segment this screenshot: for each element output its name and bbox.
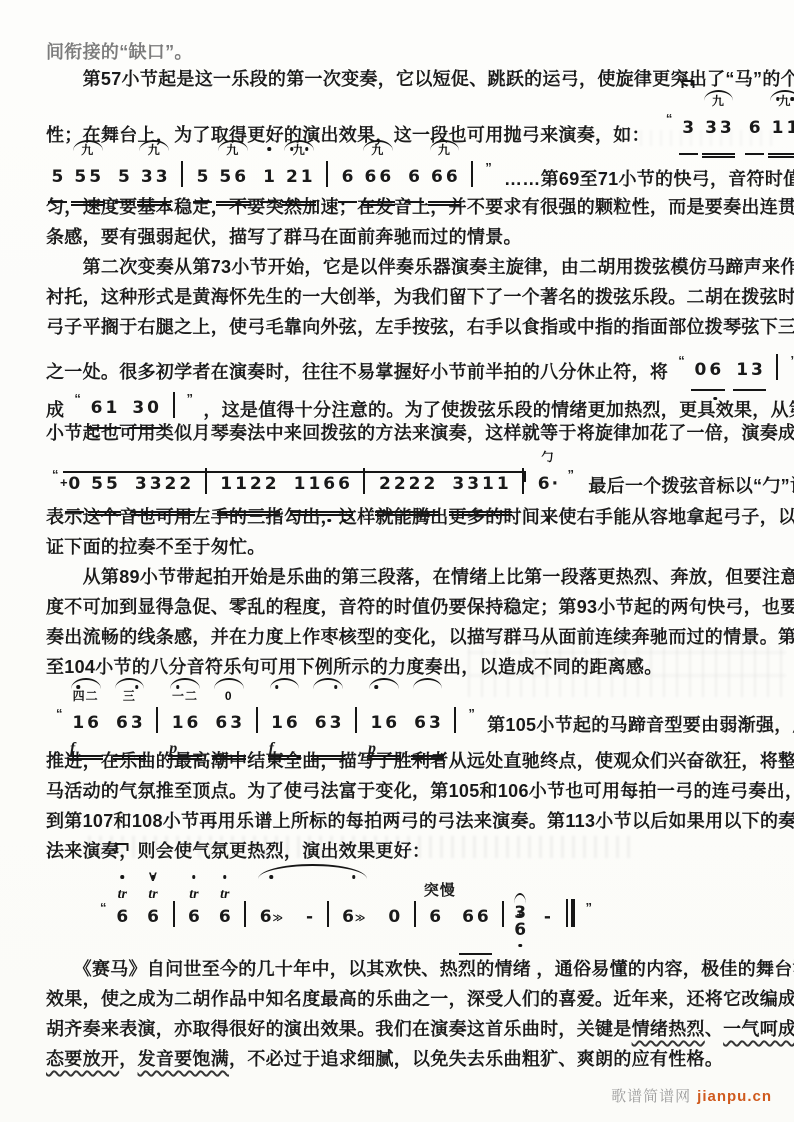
notation-line-n2: 5九555九335九561九216九666九66” bbox=[46, 144, 496, 203]
quote-mark: ” bbox=[790, 353, 794, 368]
down-bow-icon bbox=[116, 843, 129, 851]
paragraph-5: 《赛马》自问世至今的几十年中，以其欢快、热烈的情绪 ，通俗易懂的内容，极佳的舞台… bbox=[46, 954, 772, 1074]
note: 6 bbox=[461, 881, 476, 953]
note: 3 bbox=[704, 103, 719, 153]
note-group: 063 bbox=[212, 690, 246, 757]
note: 1 bbox=[299, 153, 314, 201]
note-group: 勹6· bbox=[534, 456, 561, 511]
note: 1 bbox=[234, 457, 249, 511]
text-run: 第105小节起的马蹄音型要由弱渐强，层层 bbox=[487, 715, 794, 735]
note: 2 bbox=[422, 457, 437, 511]
notation-line-n6: “四二f16三63一二p16063f1663p1663” bbox=[52, 682, 479, 757]
spacer bbox=[528, 921, 538, 922]
note: 2 bbox=[392, 457, 407, 511]
note: 6 bbox=[214, 691, 229, 755]
note: 3 bbox=[750, 351, 765, 389]
text-run: 条感，要有强弱起伏，描写了群马在面前奔驰而过的情景。 bbox=[46, 227, 522, 247]
note: 0 bbox=[146, 389, 161, 427]
note-group: 0 bbox=[385, 880, 404, 953]
text-line: 从第89小节带起拍开始是乐曲的第三段落，在情绪上比第一段落更热烈、奔放，但要注意… bbox=[46, 562, 772, 592]
scanned-page: 间衔接的“缺口”。 第57小节起是这一乐段的第一次变奏，它以短促、跳跃的运弓，使… bbox=[0, 0, 794, 1122]
note: 5 bbox=[105, 457, 120, 511]
text-run: 、 bbox=[705, 1019, 723, 1039]
note: 1 bbox=[170, 691, 185, 755]
text-line: 证下面的拉奏不至于匆忙。 bbox=[46, 532, 772, 562]
quote-mark: “ bbox=[100, 900, 107, 915]
note: 1 bbox=[735, 351, 750, 389]
paragraph-4: “四二f16三63一二p16063f1663p1663”第105小节起的马蹄音型… bbox=[46, 682, 772, 866]
note-group: 6 bbox=[338, 152, 357, 203]
note-group: 55 bbox=[88, 456, 122, 513]
text-run: 从第89小节带起拍开始是乐曲的第三段落，在情绪上比第一段落更热烈、奔放，但要注意… bbox=[46, 567, 794, 587]
tie-arc bbox=[258, 864, 367, 879]
text-line: “四二f16三63一二p16063f1663p1663”第105小节起的马蹄音型… bbox=[46, 682, 772, 746]
note: 1 bbox=[71, 691, 86, 755]
text-line: 至104小节的八分音符乐句可用下例所示的力度奏出，以造成不同的距离感。 bbox=[46, 652, 772, 682]
note: 2 bbox=[248, 457, 263, 511]
note: 6 bbox=[115, 881, 130, 953]
text-run: 《赛马》自问世至今的几十年中，以其欢快、热烈的情绪 ，通俗易懂的内容，极佳的舞台… bbox=[46, 959, 794, 979]
text-line: 弓子平搁于右腿之上，使弓毛靠向外弦，左手按弦，右手以食指或中指的指面部位拨琴弦下… bbox=[46, 312, 772, 342]
barline bbox=[776, 354, 778, 380]
note: 6 bbox=[322, 457, 337, 511]
note-group: 66 bbox=[459, 880, 493, 955]
note-group: 3322 bbox=[131, 456, 194, 513]
spacer bbox=[252, 181, 258, 182]
note-group: 63 bbox=[411, 690, 445, 757]
clipped-top-line: 间衔接的“缺口”。 bbox=[46, 40, 772, 64]
note-group: 1166 bbox=[290, 456, 353, 513]
note-group: 2222 bbox=[375, 456, 438, 513]
note: 6 bbox=[747, 103, 762, 153]
notation-line-n3: “0613” bbox=[674, 342, 794, 391]
ornament-mark: ≫ bbox=[273, 913, 283, 924]
note: 1 bbox=[292, 457, 307, 511]
note: 6 bbox=[217, 881, 232, 953]
down-bow-icon bbox=[682, 80, 695, 88]
quote-mark: ” bbox=[187, 391, 194, 406]
note: 0 bbox=[387, 881, 402, 953]
text-run: ……第69至71小节的快弓，音符时值要均 bbox=[504, 169, 794, 189]
notation-line-n1: “3九336九11 bbox=[662, 94, 794, 155]
note-group: tr6 bbox=[185, 880, 204, 953]
text-run: ，这是值得十分注意的。为了使拨弦乐段的情绪更加热烈，更具效果，从第85 bbox=[203, 400, 794, 420]
note: 6 bbox=[115, 691, 130, 755]
text-line: 马活动的气氛推至顶点。为了使弓法富于变化，第105和106小节也可用每拍一弓的连… bbox=[46, 776, 772, 806]
spacer bbox=[204, 727, 210, 728]
note: 6≫ bbox=[258, 881, 284, 955]
barline bbox=[244, 901, 246, 927]
note: - bbox=[542, 881, 552, 953]
note: 3 bbox=[328, 691, 343, 755]
barline bbox=[326, 161, 328, 187]
note: 3 bbox=[139, 153, 154, 201]
note: 5 bbox=[218, 153, 233, 201]
note: - bbox=[305, 881, 315, 953]
note-group: 63 bbox=[311, 690, 345, 757]
spacer bbox=[134, 921, 142, 922]
spacer bbox=[441, 488, 447, 489]
note-group: 6≫ bbox=[256, 880, 286, 955]
text-run: 胡齐奏来表演，亦取得很好的演出效果。我们在演奏这首乐曲时，关键是 bbox=[46, 1019, 632, 1039]
text-run: 衬托，这种形式是黄海怀先生的一大创举，为我们留下了一个著名的拨弦乐段。二胡在拨弦… bbox=[46, 287, 794, 307]
note-group: 3311 bbox=[449, 456, 512, 513]
note: 6 bbox=[413, 691, 428, 755]
text-run: 第二次变奏从第73小节开始，它是以伴奏乐器演奏主旋律，由二胡用拨弦模仿马蹄声来作 bbox=[46, 257, 794, 277]
spacer bbox=[123, 488, 129, 489]
watermark-url: jianpu.cn bbox=[697, 1088, 772, 1105]
note-group: 5 bbox=[193, 152, 212, 203]
note: 5 bbox=[73, 153, 88, 201]
text-run: 度不可加到显得急促、零乱的程度，音符的时值仍要保持稳定；第93小节起的两句快弓，… bbox=[46, 597, 794, 617]
text-line: 效果，使之成为二胡作品中知名度最高的乐曲之一，深受人们的喜爱。近年来，还将它改编… bbox=[46, 984, 772, 1014]
spacer bbox=[282, 488, 288, 489]
note: 3 bbox=[154, 153, 169, 201]
spacer bbox=[289, 921, 301, 922]
note-group: 九33 bbox=[702, 102, 736, 155]
text-run: 证下面的拉奏不至于匆忙。 bbox=[46, 537, 266, 557]
note: 6 bbox=[708, 351, 723, 389]
note: 6 bbox=[233, 153, 248, 201]
note-group: 1122 bbox=[217, 456, 280, 513]
note-group: 5 bbox=[115, 152, 134, 203]
notation-line-n7: “tr6trV6tr6tr66≫-6≫0突慢666+36-” bbox=[96, 872, 596, 955]
paragraph-3: 从第89小节带起拍开始是乐曲的第三段落，在情绪上比第一段落更热烈、奔放，但要注意… bbox=[46, 562, 772, 682]
final-barline bbox=[566, 899, 575, 927]
barline bbox=[173, 392, 175, 418]
emphasized-text: 发音要饱满 bbox=[138, 1049, 230, 1069]
note: 3 bbox=[133, 457, 148, 511]
note: 5 bbox=[117, 153, 132, 201]
note: 2 bbox=[377, 457, 392, 511]
augmentation-dot: · bbox=[552, 474, 558, 494]
note-group: 九66 bbox=[361, 152, 395, 203]
note: 3 bbox=[681, 103, 696, 153]
note: 3 bbox=[131, 389, 146, 427]
emphasized-text: 态要放开 bbox=[46, 1049, 119, 1069]
emphasized-text: 一气呵成 bbox=[723, 1019, 794, 1039]
notation-example-final: “tr6trV6tr6tr66≫-6≫0突慢666+36-” bbox=[46, 872, 772, 944]
note: 3 bbox=[451, 457, 466, 511]
note: 6 bbox=[337, 457, 352, 511]
note-group: 61 bbox=[87, 388, 121, 429]
note-group: 一二p16 bbox=[168, 690, 202, 757]
quote-mark: “ bbox=[56, 706, 63, 721]
note-group: 6 bbox=[405, 152, 424, 203]
note: 6 bbox=[185, 691, 200, 755]
note: 3 bbox=[718, 103, 733, 153]
text-line: 条感，要有强弱起伏，描写了群马在面前奔驰而过的情景。 bbox=[46, 222, 772, 252]
note-group: 13 bbox=[733, 350, 767, 391]
note: 1 bbox=[481, 457, 496, 511]
spacer bbox=[403, 727, 409, 728]
text-run: 马活动的气氛推至顶点。为了使弓法富于变化，第105和106小节也可用每拍一弓的连… bbox=[46, 781, 794, 801]
note: 1 bbox=[270, 691, 285, 755]
note: 0 bbox=[67, 457, 82, 511]
note-group: 九21 bbox=[282, 152, 316, 203]
note: 6 bbox=[428, 881, 443, 953]
text-line: 衬托，这种形式是黄海怀先生的一大创举，为我们留下了一个著名的拨弦乐段。二胡在拨弦… bbox=[46, 282, 772, 312]
notation-line-n5: “05533221122116622223311勹6·” bbox=[48, 448, 578, 513]
barline bbox=[156, 707, 158, 733]
spacer bbox=[105, 727, 111, 728]
spacer bbox=[737, 132, 743, 133]
text-run: 效果，使之成为二胡作品中知名度最高的乐曲之一，深受人们的喜爱。近年来，还将它改编… bbox=[46, 989, 794, 1009]
spacer bbox=[727, 374, 731, 375]
note: 6 bbox=[313, 691, 328, 755]
spacer bbox=[107, 181, 113, 182]
note: 6 bbox=[475, 881, 490, 953]
spacer bbox=[123, 412, 127, 413]
text-line: 《赛马》自问世至今的几十年中，以其欢快、热烈的情绪 ，通俗易懂的内容，极佳的舞台… bbox=[46, 954, 772, 984]
watermark: 歌谱简谱网jianpu.cn bbox=[611, 1085, 772, 1106]
text-run: 奏出流畅的线条感，并在力度上作枣核型的变化，以描写群马从面前连续奔驰而过的情景。… bbox=[46, 627, 794, 647]
note-group: 九55 bbox=[71, 152, 105, 203]
note: 1 bbox=[104, 389, 119, 427]
text-run: 最后一个拨弦音标以“勹”记号， bbox=[588, 476, 794, 496]
note: 2 bbox=[407, 457, 422, 511]
note-group: 6 bbox=[745, 102, 764, 155]
note-group: 突慢6 bbox=[426, 880, 445, 953]
text-line: 成“6130”，这是值得十分注意的。为了使拨弦乐段的情绪更加热烈，更具效果，从第… bbox=[46, 380, 772, 418]
note: 6 bbox=[363, 153, 378, 201]
note: 6 bbox=[146, 881, 161, 953]
text-run: 成 bbox=[46, 400, 64, 420]
spacer bbox=[556, 921, 560, 922]
note: 3 bbox=[148, 457, 163, 511]
note-group: 三63 bbox=[113, 690, 147, 757]
note-group: tr6 bbox=[113, 880, 132, 953]
note-group: p16 bbox=[367, 690, 401, 757]
note-group: 九11 bbox=[768, 102, 794, 155]
note-group: 九56 bbox=[216, 152, 250, 203]
note: 6 bbox=[284, 691, 299, 755]
note: 6 bbox=[378, 153, 393, 201]
quote-mark: “ bbox=[678, 353, 685, 368]
barline bbox=[256, 707, 258, 733]
note: 1 bbox=[219, 457, 234, 511]
notation-line-n4: “6130” bbox=[70, 380, 197, 429]
note-group: 九66 bbox=[428, 152, 462, 203]
text-run: 弓子平搁于右腿之上，使弓毛靠向外弦，左手按弦，右手以食指或中指的指面部位拨琴弦下… bbox=[46, 317, 794, 337]
barline bbox=[355, 707, 357, 733]
text-line: 态要放开，发音要饱满，不必过于追求细腻，以免失去乐曲粗犷、爽朗的应有性格。 bbox=[46, 1044, 772, 1074]
note-group: 3 bbox=[679, 102, 698, 155]
text-run: ， bbox=[119, 1049, 137, 1069]
spacer bbox=[303, 727, 309, 728]
quote-mark: ” bbox=[468, 706, 475, 721]
note: 2 bbox=[163, 457, 178, 511]
barline bbox=[327, 901, 329, 927]
note: 6· bbox=[536, 457, 559, 511]
note: 1 bbox=[307, 457, 322, 511]
note-group: 06 bbox=[691, 350, 725, 391]
barline bbox=[181, 161, 183, 187]
barline bbox=[454, 707, 456, 733]
text-line: “05533221122116622223311勹6·”最后一个拨弦音标以“勹”… bbox=[46, 448, 772, 502]
note: 3 bbox=[129, 691, 144, 755]
note: 2 bbox=[263, 457, 278, 511]
note: 5 bbox=[90, 457, 105, 511]
ornament-mark: ≫ bbox=[355, 913, 365, 924]
note: 6 bbox=[340, 153, 355, 201]
note: 5 bbox=[88, 153, 103, 201]
quote-mark: ” bbox=[585, 900, 592, 915]
note: 3 bbox=[466, 457, 481, 511]
quote-mark: “ bbox=[52, 467, 59, 482]
barline bbox=[502, 901, 504, 927]
note: 1 bbox=[262, 153, 277, 201]
note-group: tr6 bbox=[215, 880, 234, 953]
note: 3 bbox=[229, 691, 244, 755]
note: 6 bbox=[384, 691, 399, 755]
paragraph-2: 第二次变奏从第73小节开始，它是以伴奏乐器演奏主旋律，由二胡用拨弦模仿马蹄声来作… bbox=[46, 252, 772, 562]
note: 6 bbox=[514, 922, 526, 939]
text-run: 到第107和108小节再用乐谱上所标的每拍两弓的弓法来演奏。第113小节以后如果… bbox=[46, 811, 794, 831]
quote-mark: “ bbox=[666, 111, 673, 126]
note: 1 bbox=[495, 457, 510, 511]
note-group: 九33 bbox=[137, 152, 171, 203]
quote-mark: “ bbox=[74, 391, 81, 406]
text-line: 第57小节起是这一乐段的第一次变奏，它以短促、跳跃的运弓，使旋律更突出了“马”的… bbox=[46, 64, 772, 94]
text-run: 之一处。很多初学者在演奏时，往往不易掌握好小节前半拍的八分休止符，将 bbox=[46, 362, 668, 382]
note: 6 bbox=[89, 389, 104, 427]
text-line: 胡齐奏来表演，亦取得很好的演出效果。我们在演奏这首乐曲时，关键是情绪热烈、一气呵… bbox=[46, 1014, 772, 1044]
note: 6≫ bbox=[341, 881, 367, 955]
note: 5 bbox=[50, 153, 65, 201]
note: 2 bbox=[284, 153, 299, 201]
text-line: 之一处。很多初学者在演奏时，往往不易掌握好小节前半拍的八分休止符，将“0613”… bbox=[46, 342, 772, 380]
note-group: - bbox=[303, 880, 317, 953]
note-group: 6≫ bbox=[339, 880, 369, 955]
emphasized-text: 情绪热烈 bbox=[632, 1019, 705, 1039]
note: 5 bbox=[195, 153, 210, 201]
note-chord: +36 bbox=[512, 905, 528, 939]
text-line: 第二次变奏从第73小节开始，它是以伴奏乐器演奏主旋律，由二胡用拨弦模仿马蹄声来作 bbox=[46, 252, 772, 282]
note-group: 四二f16 bbox=[69, 690, 103, 757]
barline bbox=[471, 161, 473, 187]
watermark-site: 歌谱简谱网 bbox=[611, 1088, 691, 1105]
text-line: “tr6trV6tr6tr66≫-6≫0突慢666+36-” bbox=[46, 872, 772, 944]
note: 1 bbox=[369, 691, 384, 755]
note: 1 bbox=[785, 103, 794, 153]
spacer bbox=[371, 921, 383, 922]
note-group: trV6 bbox=[144, 880, 163, 953]
note: 6 bbox=[407, 153, 422, 201]
pizzicato-overline bbox=[63, 471, 526, 482]
note: 1 bbox=[770, 103, 785, 153]
paragraph-1: 第57小节起是这一乐段的第一次变奏，它以短促、跳跃的运弓，使旋律更突出了“马”的… bbox=[46, 64, 772, 252]
quote-mark: ” bbox=[568, 467, 575, 482]
text-line: 到第107和108小节再用乐谱上所标的每拍两弓的弓法来演奏。第113小节以后如果… bbox=[46, 806, 772, 836]
note: 0 bbox=[693, 351, 708, 389]
text-run: 法来演奏，则会使气氛更热烈，演出效果更好： bbox=[46, 841, 430, 861]
quote-mark: ” bbox=[485, 160, 492, 175]
note: 6 bbox=[86, 691, 101, 755]
note-group: 1 bbox=[260, 152, 279, 203]
spacer bbox=[397, 181, 403, 182]
note-group: f16 bbox=[268, 690, 302, 757]
note: 2 bbox=[178, 457, 193, 511]
text-line: 奏出流畅的线条感，并在力度上作枣核型的变化，以描写群马从面前连续奔驰而过的情景。… bbox=[46, 622, 772, 652]
text-line: 度不可加到显得急促、零乱的程度，音符的时值仍要保持稳定；第93小节起的两句快弓，… bbox=[46, 592, 772, 622]
spacer bbox=[205, 921, 213, 922]
note: 3 bbox=[427, 691, 442, 755]
note-group: - bbox=[540, 880, 554, 953]
text-run: ，不必过于追求细腻，以免失去乐曲粗犷、爽朗的应有性格。 bbox=[229, 1049, 723, 1069]
note: 6 bbox=[430, 153, 445, 201]
note: 6 bbox=[187, 881, 202, 953]
note: 6 bbox=[444, 153, 459, 201]
note-group: 30 bbox=[129, 388, 163, 429]
barline bbox=[414, 901, 416, 927]
page-content: 间衔接的“缺口”。 第57小节起是这一乐段的第一次变奏，它以短促、跳跃的运弓，使… bbox=[46, 40, 772, 1074]
note-group: 5 bbox=[48, 152, 67, 203]
barline bbox=[173, 901, 175, 927]
